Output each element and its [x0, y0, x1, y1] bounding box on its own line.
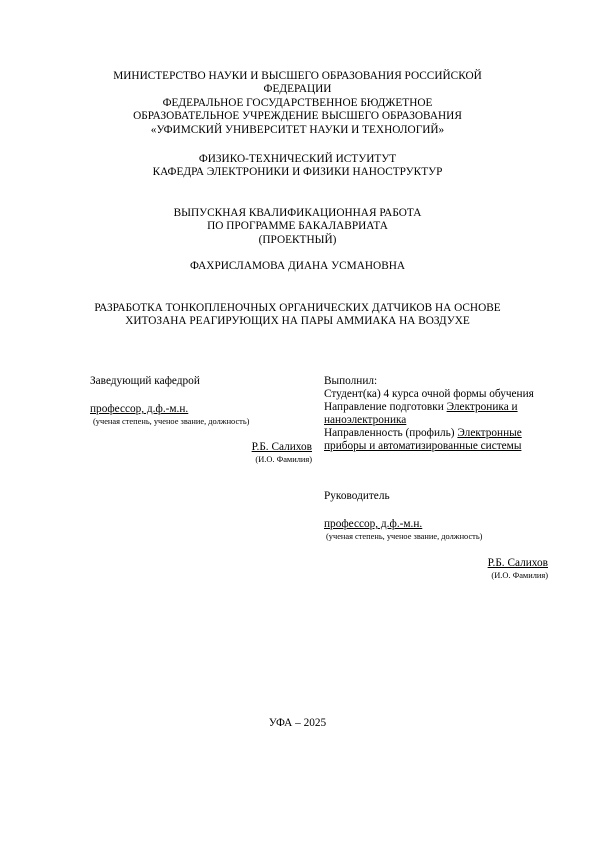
work-type-block: ВЫПУСКНАЯ КВАЛИФИКАЦИОННАЯ РАБОТА ПО ПРО… [0, 207, 595, 247]
thesis-title: РАЗРАБОТКА ТОНКОПЛЕНОЧНЫХ ОРГАНИЧЕСКИХ Д… [0, 302, 595, 329]
supervisor-label: Руководитель [324, 490, 390, 503]
institute-name: ФИЗИКО-ТЕХНИЧЕСКИЙ ИСТУИТУТ [0, 153, 595, 166]
head-of-department-position-hint: (ученая степень, ученое звание, должност… [93, 417, 249, 427]
head-of-department-name: Р.Б. Салихов [252, 441, 312, 454]
profile-value: Электронные [457, 427, 521, 439]
work-type-line: (ПРОЕКТНЫЙ) [0, 234, 595, 247]
performer-profile: Направленность (профиль) Электронные [324, 427, 522, 440]
work-type-line: ВЫПУСКНАЯ КВАЛИФИКАЦИОННАЯ РАБОТА [0, 207, 595, 220]
supervisor-name-hint: (И.О. Фамилия) [491, 571, 548, 581]
department-name: КАФЕДРА ЭЛЕКТРОНИКИ И ФИЗИКИ НАНОСТРУКТУ… [0, 166, 595, 179]
profile-value-continued: приборы и автоматизированные системы [324, 440, 521, 453]
ministry-header: МИНИСТЕРСТВО НАУКИ И ВЫСШЕГО ОБРАЗОВАНИЯ… [0, 70, 595, 137]
header-line: МИНИСТЕРСТВО НАУКИ И ВЫСШЕГО ОБРАЗОВАНИЯ… [0, 70, 595, 83]
performer-student: Студент(ка) 4 курса очной формы обучения [324, 388, 534, 401]
header-line: «УФИМСКИЙ УНИВЕРСИТЕТ НАУКИ И ТЕХНОЛОГИЙ… [0, 124, 595, 137]
work-type-line: ПО ПРОГРАММЕ БАКАЛАВРИАТА [0, 220, 595, 233]
author-block: ФАХРИСЛАМОВА ДИАНА УСМАНОВНА [0, 260, 595, 273]
direction-value-continued: наноэлектроника [324, 414, 406, 427]
performer-label: Выполнил: [324, 375, 377, 388]
header-line: ФЕДЕРАЛЬНОЕ ГОСУДАРСТВЕННОЕ БЮДЖЕТНОЕ [0, 97, 595, 110]
supervisor-position: профессор, д.ф.-м.н. [324, 518, 422, 531]
title-line: ХИТОЗАНА РЕАГИРУЮЩИХ НА ПАРЫ АММИАКА НА … [0, 315, 595, 328]
supervisor-name: Р.Б. Салихов [488, 557, 548, 570]
head-of-department-position: профессор, д.ф.-м.н. [90, 403, 188, 416]
institute-block: ФИЗИКО-ТЕХНИЧЕСКИЙ ИСТУИТУТ КАФЕДРА ЭЛЕК… [0, 153, 595, 180]
direction-label: Направление подготовки [324, 401, 444, 413]
head-of-department-label: Заведующий кафедрой [90, 375, 200, 388]
title-line: РАЗРАБОТКА ТОНКОПЛЕНОЧНЫХ ОРГАНИЧЕСКИХ Д… [0, 302, 595, 315]
author-name: ФАХРИСЛАМОВА ДИАНА УСМАНОВНА [0, 260, 595, 273]
header-line: ОБРАЗОВАТЕЛЬНОЕ УЧРЕЖДЕНИЕ ВЫСШЕГО ОБРАЗ… [0, 110, 595, 123]
direction-value: Электроника и [447, 401, 518, 413]
profile-label: Направленность (профиль) [324, 427, 455, 439]
city-year-footer: УФА – 2025 [0, 717, 595, 730]
head-of-department-name-hint: (И.О. Фамилия) [255, 455, 312, 465]
performer-direction: Направление подготовки Электроника и [324, 401, 518, 414]
supervisor-position-hint: (ученая степень, ученое звание, должност… [326, 532, 482, 542]
header-line: ФЕДЕРАЦИИ [0, 83, 595, 96]
city-year: УФА – 2025 [0, 717, 595, 730]
